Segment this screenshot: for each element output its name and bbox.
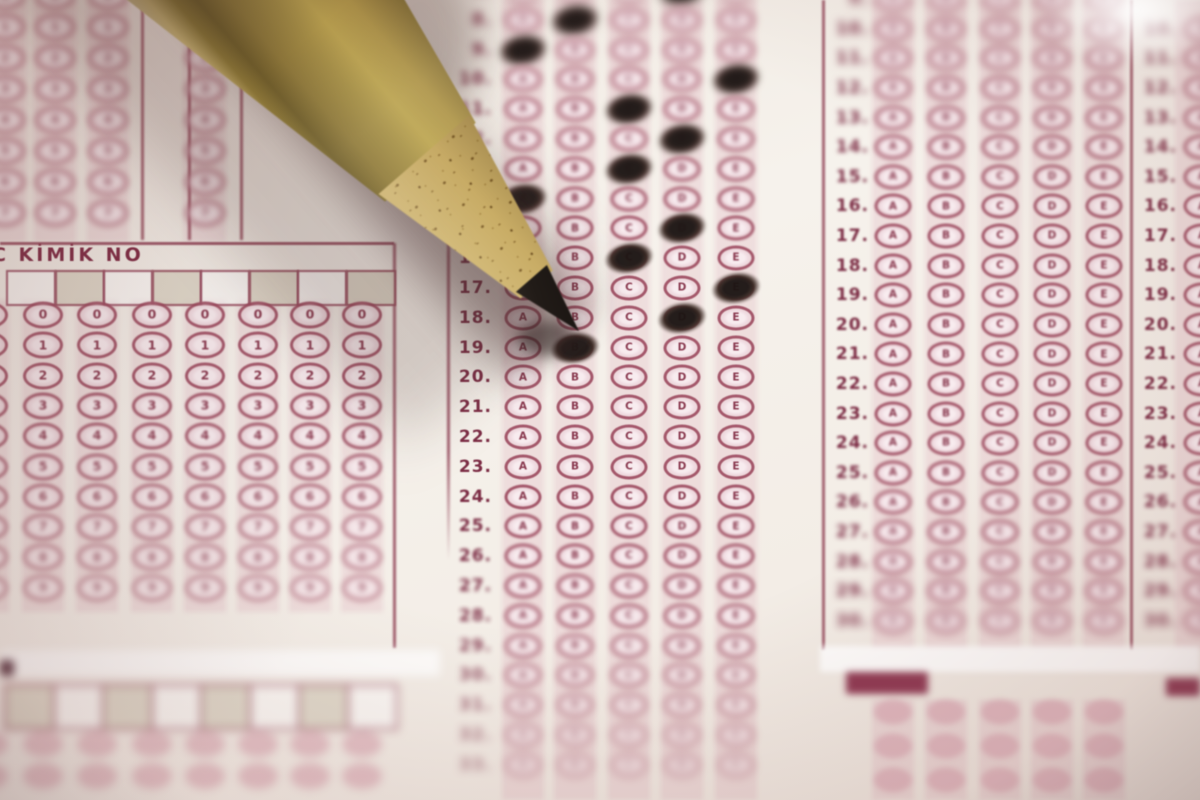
choice-bubble-B[interactable]: B bbox=[928, 224, 965, 249]
digit-bubble-7[interactable]: 7 bbox=[132, 514, 172, 541]
digit-bubble-9[interactable]: 9 bbox=[185, 574, 225, 601]
choice-bubble-C[interactable]: C bbox=[982, 194, 1019, 219]
choice-bubble-C[interactable]: C bbox=[611, 425, 648, 450]
choice-bubble-A[interactable]: A bbox=[875, 224, 912, 249]
choice-bubble-B[interactable]: B bbox=[928, 135, 965, 160]
digit-bubble-6[interactable]: 6 bbox=[238, 483, 278, 510]
digit-bubble-1[interactable]: 1 bbox=[23, 332, 63, 359]
choice-bubble-E[interactable]: E bbox=[718, 395, 755, 420]
digit-bubble-8[interactable]: 8 bbox=[185, 544, 225, 571]
choice-bubble-C[interactable]: C bbox=[611, 693, 648, 718]
choice-bubble-B[interactable]: B bbox=[557, 484, 594, 509]
choice-bubble-B[interactable]: B bbox=[557, 365, 594, 390]
choice-bubble-A[interactable]: A bbox=[875, 520, 912, 545]
choice-bubble-A[interactable]: A bbox=[505, 7, 542, 32]
choice-bubble-B[interactable]: B bbox=[557, 663, 594, 688]
choice-bubble-D[interactable]: D bbox=[1034, 253, 1071, 278]
choice-bubble-A[interactable]: A bbox=[505, 514, 542, 539]
digit-bubble-3[interactable]: 3 bbox=[77, 392, 117, 419]
digit-bubble-3[interactable]: 3 bbox=[185, 392, 225, 419]
choice-letter: E bbox=[732, 670, 739, 681]
choice-bubble-E[interactable]: E bbox=[1086, 372, 1123, 397]
choice-bubble-D[interactable]: D bbox=[1034, 16, 1071, 41]
choice-bubble-C[interactable]: C bbox=[982, 460, 1019, 485]
choice-bubble-E[interactable]: E bbox=[718, 127, 755, 152]
choice-bubble-B[interactable]: B bbox=[928, 460, 965, 485]
question-number: 28. bbox=[836, 552, 869, 572]
choice-bubble-A[interactable]: A bbox=[875, 105, 912, 130]
choice-bubble-C[interactable]: C bbox=[611, 335, 648, 360]
choice-bubble-C[interactable]: C bbox=[982, 431, 1019, 456]
digit-bubble-4[interactable]: 4 bbox=[342, 423, 382, 450]
choice-bubble-A[interactable]: A bbox=[875, 283, 912, 308]
choice-bubble-A[interactable]: A bbox=[875, 490, 912, 515]
choice-bubble-A[interactable]: A bbox=[505, 693, 542, 718]
choice-bubble-A[interactable]: A bbox=[875, 312, 912, 337]
choice-bubble-D[interactable]: D bbox=[1034, 579, 1071, 604]
choice-bubble-B[interactable]: B bbox=[557, 514, 594, 539]
choice-bubble-D[interactable]: D bbox=[664, 574, 701, 599]
choice-bubble-A[interactable]: A bbox=[505, 663, 542, 688]
choice-bubble-E[interactable]: E bbox=[718, 544, 755, 569]
choice-bubble-C[interactable]: C bbox=[982, 253, 1019, 278]
digit-bubble-5[interactable]: 5 bbox=[77, 453, 117, 480]
choice-bubble-D[interactable]: D bbox=[664, 67, 701, 92]
choice-bubble-E[interactable]: E bbox=[718, 723, 755, 748]
digit-bubble-2[interactable]: 2 bbox=[238, 362, 278, 389]
choice-bubble-D[interactable]: D bbox=[1034, 372, 1071, 397]
digit-bubble-5[interactable]: 5 bbox=[185, 453, 225, 480]
digit-bubble-6[interactable]: 6 bbox=[185, 483, 225, 510]
choice-bubble-C[interactable]: C bbox=[982, 490, 1019, 515]
choice-bubble-A[interactable]: A bbox=[505, 633, 542, 658]
choice-bubble-C[interactable]: C bbox=[611, 365, 648, 390]
choice-bubble-D[interactable]: D bbox=[664, 633, 701, 658]
digit-bubble-6[interactable]: 6 bbox=[290, 483, 330, 510]
choice-bubble-D[interactable]: D bbox=[1034, 164, 1071, 189]
digit-bubble-4[interactable]: 4 bbox=[77, 423, 117, 450]
id-entry-box bbox=[249, 684, 300, 730]
choice-bubble-B[interactable]: B bbox=[928, 283, 965, 308]
choice-bubble-C[interactable]: C bbox=[611, 37, 648, 62]
choice-letter: C bbox=[996, 320, 1004, 331]
choice-bubble-C[interactable]: C bbox=[982, 608, 1019, 633]
choice-bubble-E[interactable]: E bbox=[1086, 16, 1123, 41]
choice-bubble-A[interactable]: A bbox=[505, 752, 542, 777]
choice-bubble-E[interactable]: E bbox=[718, 335, 755, 360]
choice-bubble-D[interactable]: D bbox=[1034, 549, 1071, 574]
choice-bubble-E[interactable]: E bbox=[1086, 579, 1123, 604]
digit-bubble-1[interactable]: 1 bbox=[77, 332, 117, 359]
digit-bubble-2[interactable]: 2 bbox=[77, 362, 117, 389]
choice-bubble-C[interactable]: C bbox=[982, 105, 1019, 130]
choice-bubble-E[interactable]: E bbox=[1086, 431, 1123, 456]
choice-letter: D bbox=[1048, 172, 1057, 183]
choice-bubble-B[interactable]: B bbox=[557, 395, 594, 420]
digit-bubble-5[interactable]: 5 bbox=[290, 453, 330, 480]
choice-bubble-D[interactable]: D bbox=[1034, 105, 1071, 130]
choice-bubble-D[interactable]: D bbox=[664, 395, 701, 420]
choice-bubble-B[interactable]: B bbox=[928, 490, 965, 515]
choice-bubble-E[interactable]: E bbox=[1086, 608, 1123, 633]
choice-bubble-A[interactable]: A bbox=[875, 549, 912, 574]
digit-bubble-0[interactable]: 0 bbox=[132, 302, 172, 329]
choice-bubble-C[interactable]: C bbox=[982, 372, 1019, 397]
digit-bubble-5[interactable]: 5 bbox=[35, 138, 75, 165]
choice-bubble-E[interactable]: E bbox=[718, 186, 755, 211]
choice-bubble-C[interactable]: C bbox=[982, 16, 1019, 41]
digit-bubble-7[interactable]: 7 bbox=[342, 514, 382, 541]
choice-bubble-C[interactable]: C bbox=[982, 46, 1019, 71]
digit-bubble-4[interactable]: 4 bbox=[23, 423, 63, 450]
choice-bubble-B[interactable]: B bbox=[928, 520, 965, 545]
digit-bubble-0[interactable]: 0 bbox=[185, 302, 225, 329]
choice-bubble-C[interactable]: C bbox=[982, 579, 1019, 604]
choice-bubble-E[interactable]: E bbox=[1086, 164, 1123, 189]
digit-bubble-2[interactable]: 2 bbox=[23, 362, 63, 389]
choice-bubble-A[interactable]: A bbox=[875, 253, 912, 278]
faint-bubble bbox=[1085, 734, 1123, 759]
choice-bubble-B[interactable]: B bbox=[557, 425, 594, 450]
digit-bubble-7[interactable]: 7 bbox=[35, 200, 75, 227]
choice-bubble-E[interactable]: E bbox=[718, 246, 755, 271]
digit-bubble-9[interactable]: 9 bbox=[238, 574, 278, 601]
choice-bubble-E[interactable]: E bbox=[1086, 76, 1123, 101]
choice-bubble-C[interactable]: C bbox=[611, 7, 648, 32]
choice-bubble-D[interactable]: D bbox=[664, 156, 701, 181]
digit-bubble-4[interactable]: 4 bbox=[132, 423, 172, 450]
digit-bubble-1[interactable]: 1 bbox=[132, 332, 172, 359]
choice-bubble-B[interactable]: B bbox=[557, 633, 594, 658]
digit-bubble-5[interactable]: 5 bbox=[88, 138, 128, 165]
choice-bubble-E[interactable]: E bbox=[718, 603, 755, 628]
choice-bubble-C[interactable]: C bbox=[611, 305, 648, 330]
choice-bubble-A[interactable]: A bbox=[875, 46, 912, 71]
choice-bubble-B[interactable]: B bbox=[928, 342, 965, 367]
digit-bubble-4[interactable]: 4 bbox=[35, 107, 75, 134]
choice-bubble-C[interactable]: C bbox=[982, 135, 1019, 160]
choice-bubble-E[interactable]: E bbox=[718, 514, 755, 539]
choice-bubble-C[interactable]: C bbox=[611, 484, 648, 509]
choice-bubble-B[interactable]: B bbox=[928, 401, 965, 426]
choice-bubble-E[interactable]: E bbox=[718, 693, 755, 718]
digit-bubble-3[interactable]: 3 bbox=[238, 392, 278, 419]
choice-bubble-A[interactable]: A bbox=[875, 460, 912, 485]
choice-bubble-D[interactable]: D bbox=[1034, 520, 1071, 545]
choice-bubble-D[interactable]: D bbox=[664, 425, 701, 450]
digit-bubble-8[interactable]: 8 bbox=[342, 544, 382, 571]
choice-bubble-B[interactable]: B bbox=[928, 431, 965, 456]
choice-bubble-A[interactable]: A bbox=[875, 76, 912, 101]
digit-bubble-3[interactable]: 3 bbox=[23, 392, 63, 419]
choice-bubble-B[interactable]: B bbox=[928, 253, 965, 278]
choice-bubble-E[interactable]: E bbox=[1086, 312, 1123, 337]
choice-bubble-A[interactable]: A bbox=[505, 574, 542, 599]
id-entry-box[interactable] bbox=[6, 270, 56, 306]
choice-bubble-D[interactable]: D bbox=[664, 544, 701, 569]
choice-bubble-B[interactable]: B bbox=[928, 194, 965, 219]
digit-bubble-7[interactable]: 7 bbox=[185, 514, 225, 541]
digit-bubble-7[interactable]: 7 bbox=[238, 514, 278, 541]
choice-bubble-D[interactable]: D bbox=[1034, 490, 1071, 515]
choice-bubble-E[interactable]: E bbox=[1086, 342, 1123, 367]
digit-bubble-8[interactable]: 8 bbox=[290, 544, 330, 571]
choice-bubble-C[interactable]: C bbox=[982, 312, 1019, 337]
digit-bubble-9[interactable]: 9 bbox=[23, 574, 63, 601]
choice-bubble-D[interactable]: D bbox=[664, 37, 701, 62]
choice-letter: E bbox=[732, 432, 739, 443]
digit-bubble-3[interactable]: 3 bbox=[132, 392, 172, 419]
choice-bubble-E[interactable]: E bbox=[1086, 460, 1123, 485]
choice-bubble-B[interactable]: B bbox=[928, 608, 965, 633]
question-number: 21. bbox=[836, 344, 869, 364]
choice-bubble-B[interactable]: B bbox=[557, 723, 594, 748]
choice-bubble-E[interactable]: E bbox=[718, 484, 755, 509]
choice-bubble-C[interactable]: C bbox=[611, 395, 648, 420]
choice-letter: A bbox=[889, 112, 897, 123]
digit-bubble-7[interactable]: 7 bbox=[290, 514, 330, 541]
digit-bubble-2[interactable]: 2 bbox=[290, 362, 330, 389]
choice-letter: A bbox=[889, 349, 897, 360]
choice-bubble-A[interactable]: A bbox=[505, 723, 542, 748]
choice-bubble-D[interactable]: D bbox=[1034, 460, 1071, 485]
digit-bubble-7[interactable]: 7 bbox=[88, 200, 128, 227]
choice-bubble-E[interactable]: E bbox=[1086, 253, 1123, 278]
choice-bubble-B[interactable]: B bbox=[557, 454, 594, 479]
choice-letter: E bbox=[1100, 24, 1107, 35]
digit-bubble-6[interactable]: 6 bbox=[132, 483, 172, 510]
choice-bubble-D[interactable]: D bbox=[1034, 135, 1071, 160]
id-entry-box[interactable] bbox=[200, 270, 250, 306]
choice-bubble-D[interactable]: D bbox=[1034, 401, 1071, 426]
choice-bubble-A[interactable]: A bbox=[875, 608, 912, 633]
digit-bubble-1[interactable]: 1 bbox=[185, 332, 225, 359]
digit-bubble-4[interactable]: 4 bbox=[185, 423, 225, 450]
digit-bubble-9[interactable]: 9 bbox=[342, 574, 382, 601]
choice-bubble-C[interactable]: C bbox=[982, 224, 1019, 249]
choice-bubble-C[interactable]: C bbox=[611, 514, 648, 539]
digit-bubble-7[interactable]: 7 bbox=[77, 514, 117, 541]
choice-bubble-C[interactable]: C bbox=[611, 663, 648, 688]
digit-bubble-3[interactable]: 3 bbox=[35, 76, 75, 103]
digit-bubble-0[interactable]: 0 bbox=[238, 302, 278, 329]
choice-bubble-E[interactable]: E bbox=[1086, 135, 1123, 160]
digit-bubble-9[interactable]: 9 bbox=[77, 574, 117, 601]
choice-bubble-C[interactable]: C bbox=[982, 401, 1019, 426]
digit-bubble-5[interactable]: 5 bbox=[132, 453, 172, 480]
choice-bubble-A[interactable]: A bbox=[505, 425, 542, 450]
choice-bubble-A[interactable]: A bbox=[505, 544, 542, 569]
choice-bubble-B[interactable]: B bbox=[928, 372, 965, 397]
id-entry-box[interactable] bbox=[103, 270, 153, 306]
choice-bubble-C[interactable]: C bbox=[611, 454, 648, 479]
digit-bubble-0[interactable]: 0 bbox=[77, 302, 117, 329]
digit-bubble-4[interactable]: 4 bbox=[290, 423, 330, 450]
choice-bubble-A[interactable]: A bbox=[875, 135, 912, 160]
choice-bubble-D[interactable]: D bbox=[1034, 342, 1071, 367]
digit-bubble-8[interactable]: 8 bbox=[132, 544, 172, 571]
choice-bubble-E[interactable]: E bbox=[718, 305, 755, 330]
choice-bubble-D[interactable]: D bbox=[1034, 608, 1071, 633]
digit-bubble-6[interactable]: 6 bbox=[23, 483, 63, 510]
digit-bubble-6[interactable]: 6 bbox=[77, 483, 117, 510]
choice-bubble-D[interactable]: D bbox=[1034, 76, 1071, 101]
faint-bubble bbox=[1033, 768, 1071, 793]
choice-bubble-D[interactable]: D bbox=[1034, 224, 1071, 249]
choice-bubble-B[interactable]: B bbox=[928, 76, 965, 101]
digit-bubble-4[interactable]: 4 bbox=[238, 423, 278, 450]
id-entry-box[interactable] bbox=[152, 270, 202, 306]
digit-glyph: 2 bbox=[201, 369, 210, 382]
choice-bubble-E[interactable]: E bbox=[718, 663, 755, 688]
choice-bubble-A[interactable]: A bbox=[505, 484, 542, 509]
choice-bubble-D[interactable]: D bbox=[664, 97, 701, 122]
choice-bubble-D[interactable]: D bbox=[664, 693, 701, 718]
choice-bubble-C[interactable]: C bbox=[982, 549, 1019, 574]
choice-bubble-E[interactable]: E bbox=[1086, 105, 1123, 130]
answer-sheet-photo: C KİMİK NO 7.ABCDE8.ABCDE9.ABCDE10.ABCDE… bbox=[0, 0, 1200, 800]
choice-bubble-E[interactable]: E bbox=[718, 97, 755, 122]
choice-bubble-E[interactable]: E bbox=[718, 574, 755, 599]
digit-bubble-2[interactable]: 2 bbox=[132, 362, 172, 389]
choice-bubble-D[interactable]: D bbox=[664, 663, 701, 688]
choice-bubble-E[interactable]: E bbox=[1086, 194, 1123, 219]
choice-bubble-E[interactable]: E bbox=[1086, 401, 1123, 426]
choice-bubble-E[interactable]: E bbox=[1086, 520, 1123, 545]
choice-bubble-C[interactable]: C bbox=[611, 574, 648, 599]
choice-bubble-A[interactable]: A bbox=[505, 603, 542, 628]
digit-bubble-8[interactable]: 8 bbox=[238, 544, 278, 571]
digit-bubble-7[interactable]: 7 bbox=[23, 514, 63, 541]
choice-bubble-B[interactable]: B bbox=[557, 97, 594, 122]
choice-bubble-B[interactable]: B bbox=[557, 67, 594, 92]
choice-bubble-E[interactable]: E bbox=[718, 156, 755, 181]
choice-bubble-B[interactable]: B bbox=[557, 37, 594, 62]
choice-bubble-A[interactable]: A bbox=[875, 194, 912, 219]
choice-bubble-A[interactable]: A bbox=[875, 16, 912, 41]
choice-bubble-A[interactable]: A bbox=[505, 454, 542, 479]
choice-bubble-A[interactable]: A bbox=[875, 342, 912, 367]
digit-bubble-9[interactable]: 9 bbox=[132, 574, 172, 601]
choice-bubble-C[interactable]: C bbox=[982, 520, 1019, 545]
choice-bubble-B[interactable]: B bbox=[928, 549, 965, 574]
choice-bubble-C[interactable]: C bbox=[611, 633, 648, 658]
choice-bubble-B[interactable]: B bbox=[557, 544, 594, 569]
choice-bubble-D[interactable]: D bbox=[664, 752, 701, 777]
choice-bubble-B[interactable]: B bbox=[557, 752, 594, 777]
choice-bubble-E[interactable]: E bbox=[1086, 224, 1123, 249]
choice-bubble-E[interactable]: E bbox=[718, 752, 755, 777]
choice-bubble-B[interactable]: B bbox=[928, 105, 965, 130]
question-number: 24. bbox=[459, 487, 492, 507]
digit-bubble-1[interactable]: 1 bbox=[238, 332, 278, 359]
digit-bubble-9[interactable]: 9 bbox=[290, 574, 330, 601]
choice-bubble-C[interactable]: C bbox=[982, 76, 1019, 101]
question-number: 27. bbox=[459, 576, 492, 596]
choice-bubble-B[interactable]: B bbox=[928, 164, 965, 189]
choice-bubble-D[interactable]: D bbox=[664, 335, 701, 360]
digit-bubble-6[interactable]: 6 bbox=[88, 169, 128, 196]
choice-bubble-E[interactable]: E bbox=[718, 425, 755, 450]
choice-bubble-C[interactable]: C bbox=[611, 723, 648, 748]
digit-bubble-0[interactable]: 0 bbox=[23, 302, 63, 329]
choice-bubble-B[interactable]: B bbox=[557, 693, 594, 718]
choice-bubble-A[interactable]: A bbox=[875, 372, 912, 397]
digit-bubble-8[interactable]: 8 bbox=[77, 544, 117, 571]
choice-bubble-D[interactable]: D bbox=[664, 454, 701, 479]
choice-bubble-E[interactable]: E bbox=[718, 216, 755, 241]
choice-bubble-D[interactable]: D bbox=[664, 723, 701, 748]
choice-bubble-D[interactable]: D bbox=[1034, 312, 1071, 337]
choice-bubble-B[interactable]: B bbox=[928, 46, 965, 71]
choice-bubble-D[interactable]: D bbox=[664, 365, 701, 390]
choice-bubble-D[interactable]: D bbox=[1034, 283, 1071, 308]
choice-bubble-D[interactable]: D bbox=[1034, 194, 1071, 219]
choice-bubble-E[interactable]: E bbox=[1086, 549, 1123, 574]
choice-bubble-E[interactable]: E bbox=[1086, 46, 1123, 71]
digit-bubble-8[interactable]: 8 bbox=[23, 544, 63, 571]
choice-bubble-C[interactable]: C bbox=[611, 544, 648, 569]
choice-bubble-E[interactable]: E bbox=[1086, 283, 1123, 308]
digit-bubble-6[interactable]: 6 bbox=[342, 483, 382, 510]
choice-bubble-D[interactable]: D bbox=[664, 514, 701, 539]
choice-bubble-D[interactable]: D bbox=[664, 603, 701, 628]
choice-bubble-B[interactable]: B bbox=[557, 574, 594, 599]
choice-bubble-A[interactable]: A bbox=[875, 164, 912, 189]
choice-bubble-D[interactable]: D bbox=[1034, 431, 1071, 456]
choice-bubble-C[interactable]: C bbox=[982, 283, 1019, 308]
choice-bubble-C[interactable]: C bbox=[611, 127, 648, 152]
choice-bubble-E[interactable]: E bbox=[718, 633, 755, 658]
choice-bubble-E[interactable]: E bbox=[1086, 490, 1123, 515]
choice-bubble-E[interactable]: E bbox=[718, 7, 755, 32]
choice-bubble-D[interactable]: D bbox=[664, 186, 701, 211]
choice-bubble-D[interactable]: D bbox=[664, 484, 701, 509]
choice-bubble-B[interactable]: B bbox=[928, 16, 965, 41]
digit-bubble-3[interactable]: 3 bbox=[290, 392, 330, 419]
choice-bubble-B[interactable]: B bbox=[928, 579, 965, 604]
digit-bubble-6[interactable]: 6 bbox=[35, 169, 75, 196]
digit-bubble-5[interactable]: 5 bbox=[238, 453, 278, 480]
choice-bubble-A[interactable]: A bbox=[505, 395, 542, 420]
choice-bubble-E[interactable]: E bbox=[718, 365, 755, 390]
choice-bubble-D[interactable]: D bbox=[664, 276, 701, 301]
choice-bubble-D[interactable]: D bbox=[664, 7, 701, 32]
choice-bubble-C[interactable]: C bbox=[982, 164, 1019, 189]
choice-bubble-E[interactable]: E bbox=[718, 454, 755, 479]
choice-bubble-C[interactable]: C bbox=[982, 342, 1019, 367]
choice-bubble-C[interactable]: C bbox=[611, 752, 648, 777]
choice-bubble-C[interactable]: C bbox=[611, 603, 648, 628]
digit-glyph: 3 bbox=[39, 400, 48, 413]
choice-bubble-B[interactable]: B bbox=[928, 312, 965, 337]
choice-bubble-E[interactable]: E bbox=[718, 37, 755, 62]
choice-bubble-B[interactable]: B bbox=[557, 603, 594, 628]
choice-bubble-D[interactable]: D bbox=[1034, 46, 1071, 71]
choice-letter: D bbox=[678, 700, 687, 711]
digit-glyph: 7 bbox=[148, 521, 157, 534]
choice-bubble-A[interactable]: A bbox=[875, 579, 912, 604]
digit-glyph: 7 bbox=[39, 521, 48, 534]
choice-bubble-A[interactable]: A bbox=[875, 431, 912, 456]
digit-bubble-5[interactable]: 5 bbox=[23, 453, 63, 480]
digit-bubble-5[interactable]: 5 bbox=[342, 453, 382, 480]
choice-letter: D bbox=[678, 372, 687, 383]
digit-bubble-2[interactable]: 2 bbox=[185, 362, 225, 389]
choice-letter: E bbox=[732, 491, 739, 502]
choice-bubble-A[interactable]: A bbox=[875, 401, 912, 426]
choice-bubble-C[interactable]: C bbox=[611, 67, 648, 92]
